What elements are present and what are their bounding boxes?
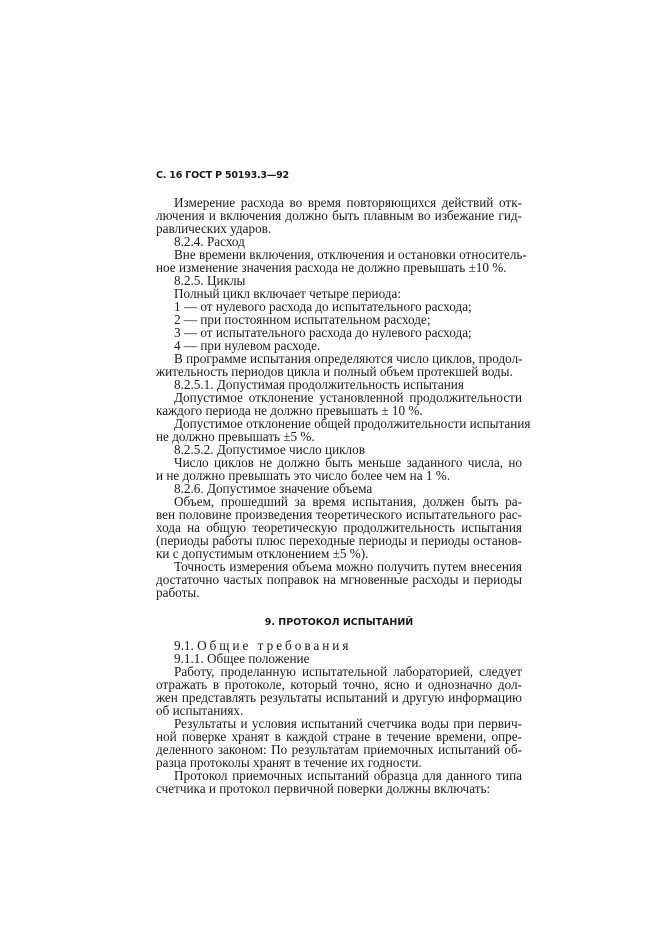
- document-body: Измерение расхода во время повторяющихся…: [156, 196, 522, 795]
- text-line: работы.: [156, 586, 522, 599]
- section-title: 9. ПРОТОКОЛ ИСПЫТАНИЙ: [156, 616, 522, 629]
- text-line: достаточно частых поправок на мгновенные…: [156, 573, 522, 586]
- document-page: С. 16 ГОСТ Р 50193.3—92 Измерение расход…: [0, 0, 661, 935]
- page-header: С. 16 ГОСТ Р 50193.3—92: [156, 170, 289, 181]
- text-line: счетчика и протокол первичной поверки до…: [156, 782, 522, 795]
